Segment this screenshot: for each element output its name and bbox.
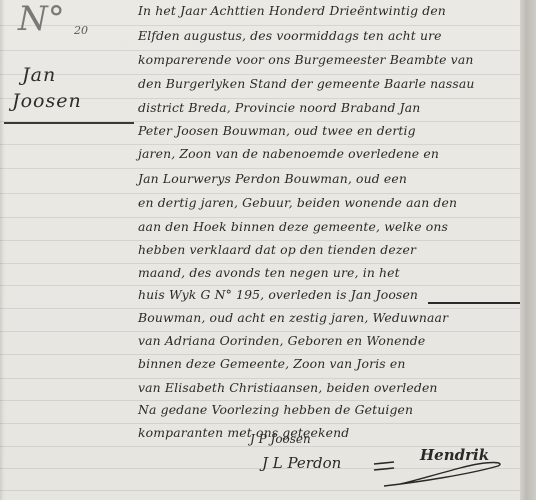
signature-witness-1: J P Joosen xyxy=(250,432,311,446)
deceased-name-underline xyxy=(428,302,520,304)
entry-line: komparanten met ons geteekend xyxy=(138,425,349,440)
margin-given-name: Jan xyxy=(22,64,56,86)
entry-line: Peter Joosen Bouwman, oud twee en dertig xyxy=(138,123,416,138)
entry-line: hebben verklaard dat op den tienden deze… xyxy=(138,242,416,257)
entry-line: van Elisabeth Christiaansen, beiden over… xyxy=(138,380,438,395)
signature-flourish-icon xyxy=(370,452,510,492)
margin-surname: Joosen xyxy=(12,90,82,112)
record-number-prefix: N° xyxy=(18,2,65,36)
register-page: N° 20 Jan Joosen In het Jaar Achttien Ho… xyxy=(0,0,536,500)
entry-line: Bouwman, oud acht en zestig jaren, Weduw… xyxy=(138,310,448,325)
entry-line: binnen deze Gemeente, Zoon van Joris en xyxy=(138,356,406,371)
entry-line: In het Jaar Achttien Honderd Drieëntwint… xyxy=(138,3,446,18)
margin-column: N° 20 Jan Joosen xyxy=(0,0,136,500)
signature-witness-2: J L Perdon xyxy=(262,454,341,472)
margin-divider xyxy=(4,122,134,124)
entry-line: jaren, Zoon van de nabenoemde overledene… xyxy=(138,146,439,161)
entry-line: district Breda, Provincie noord Braband … xyxy=(138,100,420,115)
entry-line: en dertig jaren, Gebuur, beiden wonende … xyxy=(138,195,457,210)
entry-line: Na gedane Voorlezing hebben de Getuigen xyxy=(138,402,413,417)
entry-line: van Adriana Oorinden, Geboren en Wonende xyxy=(138,333,425,348)
entry-line: Jan Lourwerys Perdon Bouwman, oud een xyxy=(138,171,407,186)
entry-line: maand, des avonds ten negen ure, in het xyxy=(138,265,400,280)
entry-line: aan den Hoek binnen deze gemeente, welke… xyxy=(138,219,448,234)
entry-line-deceased: huis Wyk G N° 195, overleden is Jan Joos… xyxy=(138,287,418,302)
record-number: 20 xyxy=(74,24,88,37)
entry-line: den Burgerlyken Stand der gemeente Baarl… xyxy=(138,76,475,91)
binding-shadow xyxy=(520,0,536,500)
entry-line: komparerende voor ons Burgemeester Beamb… xyxy=(138,52,474,67)
entry-line: Elfden augustus, des voormiddags ten ach… xyxy=(138,28,442,43)
